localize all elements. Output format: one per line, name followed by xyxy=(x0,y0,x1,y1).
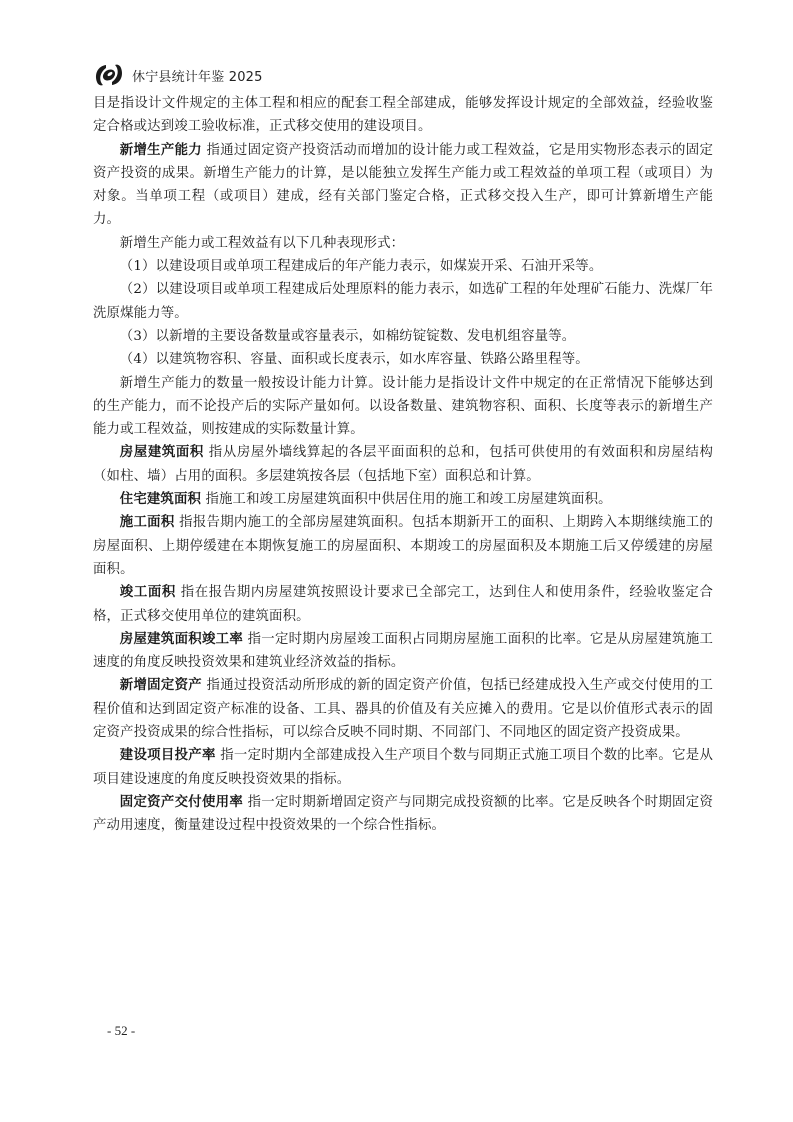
term-label: 新增生产能力 xyxy=(120,143,202,158)
yearbook-title: 休宁县统计年鉴 2025 xyxy=(132,66,263,85)
definition-text: 指施工和竣工房屋建筑面积中供居住用的施工和竣工房屋建筑面积。 xyxy=(201,492,612,507)
definition-new-fixed-assets: 新增固定资产 指通过投资活动所形成的新的固定资产价值，包括已经建成投入生产或交付… xyxy=(93,674,713,744)
paragraph-continuation: 目是指设计文件规定的主体工程和相应的配套工程全部建成，能够发挥设计规定的全部效益… xyxy=(93,92,713,139)
paragraph-text: 目是指设计文件规定的主体工程和相应的配套工程全部建成，能够发挥设计规定的全部效益… xyxy=(93,96,713,134)
term-label: 固定资产交付使用率 xyxy=(120,795,243,810)
term-label: 房屋建筑面积 xyxy=(120,445,204,460)
page-header: 休宁县统计年鉴 2025 xyxy=(92,62,263,88)
definition-text: 指报告期内施工的全部房屋建筑面积。包括本期新开工的面积、上期跨入本期继续施工的房… xyxy=(93,515,713,577)
list-item-text: （1）以建设项目或单项工程建成后的年产能力表示，如煤炭开采、石油开采等。 xyxy=(120,259,603,274)
paragraph-forms-intro: 新增生产能力或工程效益有以下几种表现形式： xyxy=(93,232,713,255)
list-item-4: （4）以建筑物容积、容量、面积或长度表示，如水库容量、铁路公路里程等。 xyxy=(93,348,713,371)
definition-residential-floor-area: 住宅建筑面积 指施工和竣工房屋建筑面积中供居住用的施工和竣工房屋建筑面积。 xyxy=(93,488,713,511)
list-item-2: （2）以建设项目或单项工程建成后处理原料的能力表示，如选矿工程的年处理矿石能力、… xyxy=(93,278,713,325)
list-item-1: （1）以建设项目或单项工程建成后的年产能力表示，如煤炭开采、石油开采等。 xyxy=(93,255,713,278)
paragraph-text: 新增生产能力的数量一般按设计能力计算。设计能力是指设计文件中规定的在正常情况下能… xyxy=(93,376,713,438)
definition-completion-rate: 房屋建筑面积竣工率 指一定时期内房屋竣工面积占同期房屋施工面积的比率。它是从房屋… xyxy=(93,628,713,675)
definition-fixed-asset-delivery-rate: 固定资产交付使用率 指一定时期新增固定资产与同期完成投资额的比率。它是反映各个时… xyxy=(93,791,713,838)
list-item-text: （3）以新增的主要设备数量或容量表示，如棉纺锭锭数、发电机组容量等。 xyxy=(120,329,576,344)
term-label: 房屋建筑面积竣工率 xyxy=(120,632,243,647)
paragraph-text: 新增生产能力或工程效益有以下几种表现形式： xyxy=(120,236,404,251)
definition-construction-area: 施工面积 指报告期内施工的全部房屋建筑面积。包括本期新开工的面积、上期跨入本期继… xyxy=(93,511,713,581)
definition-new-production-capacity: 新增生产能力 指通过固定资产投资活动而增加的设计能力或工程效益，它是用实物形态表… xyxy=(93,139,713,232)
list-item-text: （2）以建设项目或单项工程建成后处理原料的能力表示，如选矿工程的年处理矿石能力、… xyxy=(93,282,713,320)
term-label: 施工面积 xyxy=(120,515,175,530)
document-body: 目是指设计文件规定的主体工程和相应的配套工程全部建成，能够发挥设计规定的全部效益… xyxy=(93,92,713,838)
term-label: 住宅建筑面积 xyxy=(120,492,201,507)
definition-text: 指在报告期内房屋建筑按照设计要求已全部完工，达到住人和使用条件，经验收鉴定合格，… xyxy=(93,585,713,623)
term-label: 新增固定资产 xyxy=(120,678,202,693)
yearbook-logo-icon xyxy=(92,62,126,88)
definition-project-commissioning-rate: 建设项目投产率 指一定时期内全部建成投入生产项目个数与同期正式施工项目个数的比率… xyxy=(93,744,713,791)
paragraph-capacity-calculation: 新增生产能力的数量一般按设计能力计算。设计能力是指设计文件中规定的在正常情况下能… xyxy=(93,372,713,442)
page-number: - 52 - xyxy=(107,1023,135,1039)
term-label: 竣工面积 xyxy=(120,585,176,600)
definition-building-floor-area: 房屋建筑面积 指从房屋外墙线算起的各层平面面积的总和，包括可供使用的有效面积和房… xyxy=(93,441,713,488)
definition-completed-area: 竣工面积 指在报告期内房屋建筑按照设计要求已全部完工，达到住人和使用条件，经验收… xyxy=(93,581,713,628)
list-item-text: （4）以建筑物容积、容量、面积或长度表示，如水库容量、铁路公路里程等。 xyxy=(120,352,589,367)
term-label: 建设项目投产率 xyxy=(120,748,216,763)
list-item-3: （3）以新增的主要设备数量或容量表示，如棉纺锭锭数、发电机组容量等。 xyxy=(93,325,713,348)
